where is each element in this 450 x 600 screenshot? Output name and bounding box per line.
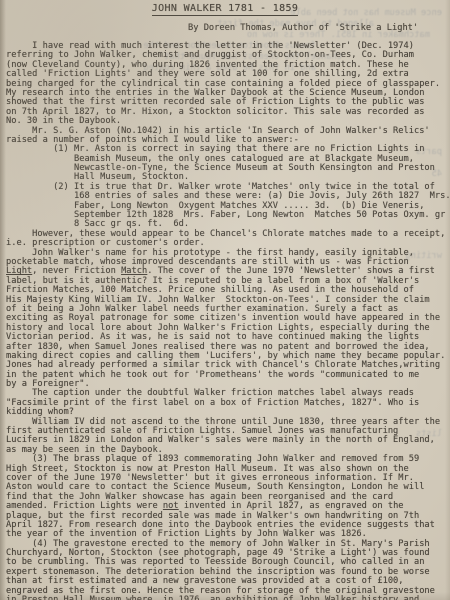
scanned-document-page: ence Museum has not been ablealleged to … [0,0,450,600]
page-title: JOHN WALKER 1781 - 1859 [0,3,450,14]
document-body: I have read with much interest the lette… [6,42,450,600]
page-title-text: JOHN WALKER 1781 - 1859 [152,3,299,16]
byline: By Doreen Thomas, Author of 'Strike a Li… [188,23,418,33]
text-line: in Preston Hall Museum where, in 1976, a… [6,596,450,600]
